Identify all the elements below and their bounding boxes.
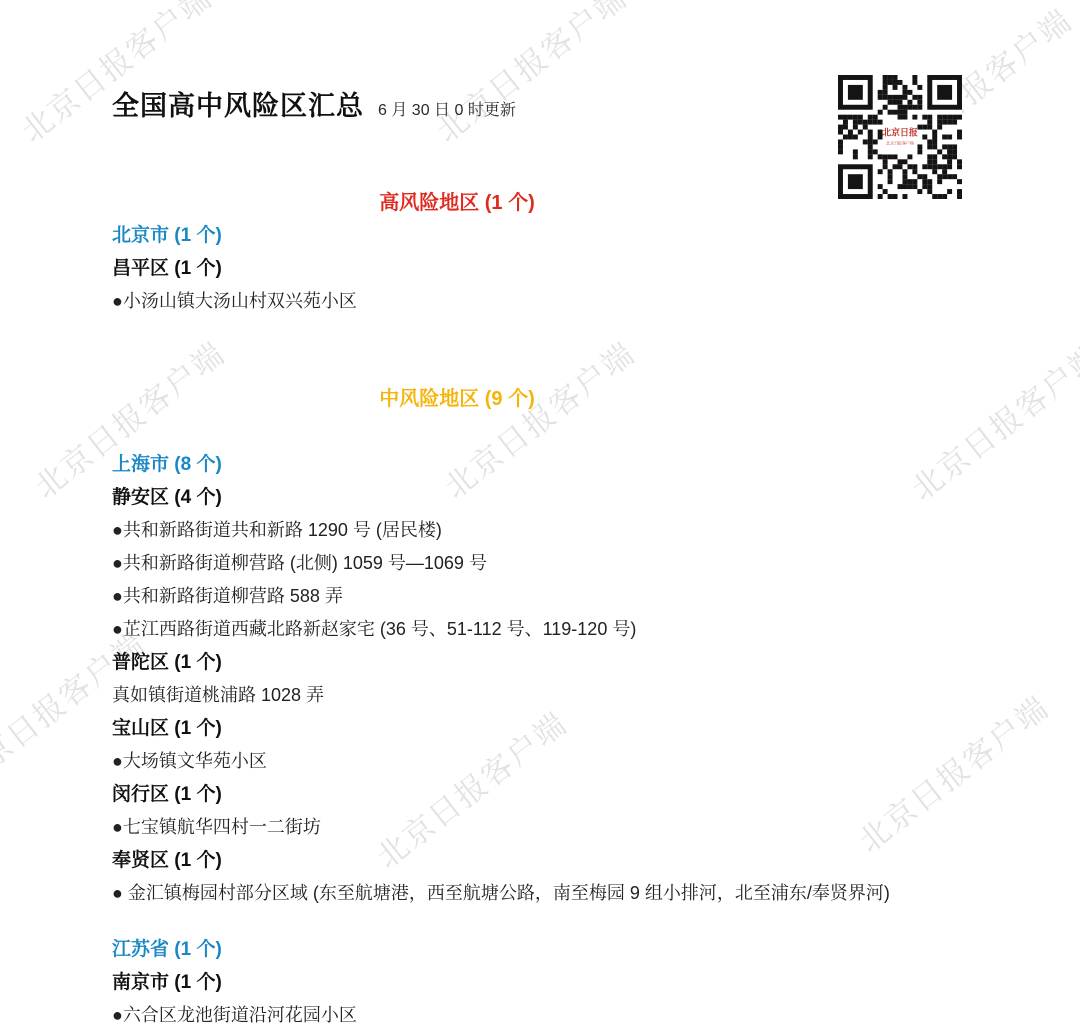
district-name-baoshan: 宝山区 (1 个) <box>112 712 1080 745</box>
risk-area-item: ● 金汇镇梅园村部分区域 (东至航塘港，西至航塘公路，南至梅园 9 组小排河，北… <box>112 877 1080 910</box>
qr-logo-text: 北京日报 <box>882 127 918 138</box>
section-heading-high-risk: 高风险地区 (1 个) <box>112 188 802 219</box>
province-name-shanghai: 上海市 (8 个) <box>112 448 1080 481</box>
update-time: 6 月 30 日 0 时更新 <box>378 97 516 120</box>
risk-area-item: 真如镇街道桃浦路 1028 弄 <box>112 679 1080 712</box>
district-name-nanjing: 南京市 (1 个) <box>112 966 1080 999</box>
district-name-putuo: 普陀区 (1 个) <box>112 646 1080 679</box>
risk-area-item: ●芷江西路街道西藏北路新赵家宅 (36 号、51-112 号、119-120 号… <box>112 613 1080 646</box>
province-name-beijing: 北京市 (1 个) <box>112 219 1080 252</box>
risk-area-item: ●六合区龙池街道沿河花园小区 <box>112 999 1080 1031</box>
risk-area-item: ●七宝镇航华四村一二街坊 <box>112 811 1080 844</box>
district-name-minhang: 闵行区 (1 个) <box>112 778 1080 811</box>
qr-code: 北京日报 北京日报客户端 <box>838 75 962 199</box>
page-title: 全国高中风险区汇总 <box>112 84 364 123</box>
article-page: 北京日报客户端北京日报客户端北京日报客户端北京日报客户端北京日报客户端北京日报客… <box>0 0 1080 1031</box>
risk-area-item: ●大场镇文华苑小区 <box>112 745 1080 778</box>
section-heading-medium-risk: 中风险地区 (9 个) <box>112 384 802 415</box>
district-name-changping: 昌平区 (1 个) <box>112 252 1080 285</box>
district-name-jingan: 静安区 (4 个) <box>112 481 1080 514</box>
risk-area-item: ●共和新路街道柳营路 588 弄 <box>112 580 1080 613</box>
risk-area-item: ●共和新路街道柳营路 (北侧) 1059 号—1069 号 <box>112 547 1080 580</box>
province-name-jiangsu: 江苏省 (1 个) <box>112 933 1080 966</box>
district-name-fengxian: 奉贤区 (1 个) <box>112 844 1080 877</box>
risk-area-item: ●共和新路街道共和新路 1290 号 (居民楼) <box>112 514 1080 547</box>
risk-area-item: ●小汤山镇大汤山村双兴苑小区 <box>112 285 1080 318</box>
qr-logo-subtext: 北京日报客户端 <box>886 140 914 145</box>
